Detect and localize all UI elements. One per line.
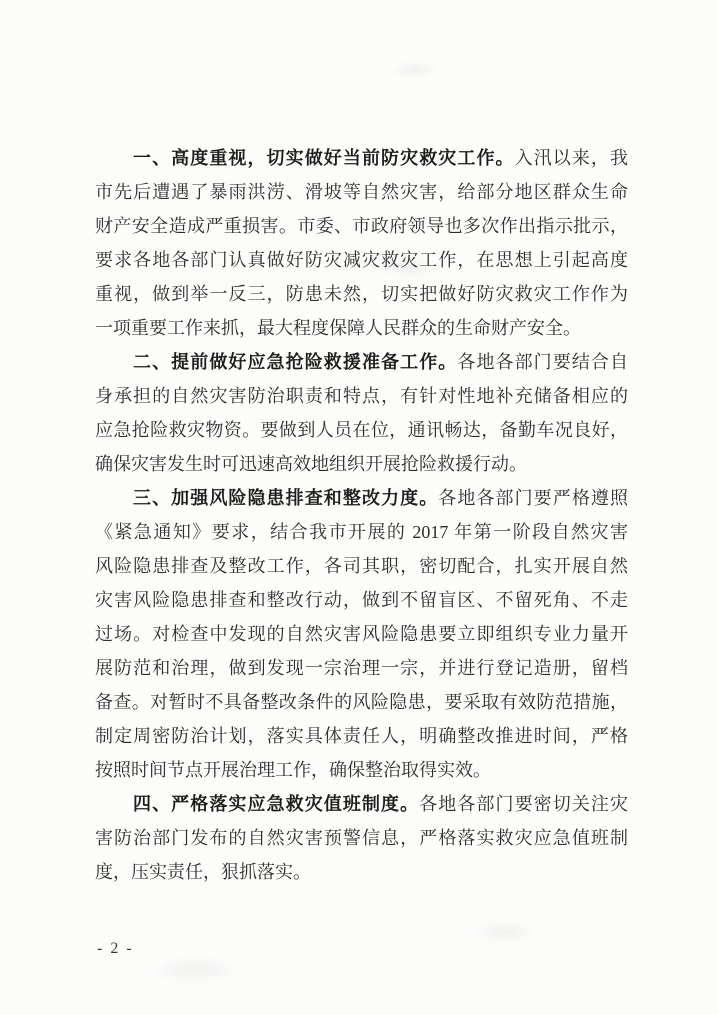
text-line: 财产安全造成严重损害。市委、市政府领导也多次作出指示批示， — [95, 209, 628, 243]
text-line: 备查。对暂时不具备整改条件的风险隐患，要采取有效防范措施， — [95, 685, 628, 719]
paragraph-1-heading: 一、高度重视，切实做好当前防灾救灾工作。 — [133, 148, 515, 168]
text-line: 确保灾害发生时可迅速高效地组织开展抢险救援行动。 — [95, 447, 628, 481]
document-page: 一、高度重视，切实做好当前防灾救灾工作。入汛以来，我 市先后遭遇了暴雨洪涝、滑坡… — [0, 0, 718, 1015]
text-line: 《紧急通知》要求，结合我市开展的 2017 年第一阶段自然灾害 — [95, 515, 628, 549]
paragraph-1: 一、高度重视，切实做好当前防灾救灾工作。入汛以来，我 市先后遭遇了暴雨洪涝、滑坡… — [95, 141, 628, 345]
scan-artifact — [470, 920, 540, 944]
paragraph-2-text: 各地各部门要结合自 — [457, 352, 628, 372]
paragraph-4-text: 各地各部门要密切关注灾 — [419, 794, 628, 814]
scan-artifact — [390, 60, 440, 80]
text-line: 二、提前做好应急抢险救援准备工作。各地各部门要结合自 — [95, 345, 628, 379]
paragraph-1-text: 入汛以来，我 — [515, 148, 628, 168]
paragraph-4: 四、严格落实应急救灾值班制度。各地各部门要密切关注灾 害防治部门发布的自然灾害预… — [95, 787, 628, 889]
paragraph-2-heading: 二、提前做好应急抢险救援准备工作。 — [133, 352, 457, 372]
text-line: 制定周密防治计划，落实具体责任人，明确整改推进时间，严格 — [95, 719, 628, 753]
text-line: 一、高度重视，切实做好当前防灾救灾工作。入汛以来，我 — [95, 141, 628, 175]
scan-artifact — [150, 955, 240, 985]
text-line: 按照时间节点开展治理工作，确保整治取得实效。 — [95, 753, 628, 787]
text-line: 灾害风险隐患排查和整改行动，做到不留盲区、不留死角、不走 — [95, 583, 628, 617]
paragraph-3-text: 各地各部门要严格遵照 — [438, 488, 628, 508]
paragraph-4-heading: 四、严格落实应急救灾值班制度。 — [133, 794, 419, 814]
text-line: 要求各地各部门认真做好防灾减灾救灾工作，在思想上引起高度 — [95, 243, 628, 277]
text-line: 风险隐患排查及整改工作，各司其职，密切配合，扎实开展自然 — [95, 549, 628, 583]
text-line: 重视，做到举一反三，防患未然，切实把做好防灾救灾工作作为 — [95, 277, 628, 311]
paragraph-2: 二、提前做好应急抢险救援准备工作。各地各部门要结合自 身承担的自然灾害防治职责和… — [95, 345, 628, 481]
text-line: 身承担的自然灾害防治职责和特点，有针对性地补充储备相应的 — [95, 379, 628, 413]
page-number: - 2 - — [97, 938, 134, 960]
text-line: 度，压实责任，狠抓落实。 — [95, 855, 628, 889]
text-line: 应急抢险救灾物资。要做到人员在位，通讯畅达，备勤车况良好， — [95, 413, 628, 447]
text-line: 一项重要工作来抓，最大程度保障人民群众的生命财产安全。 — [95, 311, 628, 345]
text-line: 四、严格落实应急救灾值班制度。各地各部门要密切关注灾 — [95, 787, 628, 821]
text-line: 过场。对检查中发现的自然灾害风险隐患要立即组织专业力量开 — [95, 617, 628, 651]
body-text: 一、高度重视，切实做好当前防灾救灾工作。入汛以来，我 市先后遭遇了暴雨洪涝、滑坡… — [95, 141, 628, 889]
paragraph-3: 三、加强风险隐患排查和整改力度。各地各部门要严格遵照 《紧急通知》要求，结合我市… — [95, 481, 628, 787]
text-line: 害防治部门发布的自然灾害预警信息，严格落实救灾应急值班制 — [95, 821, 628, 855]
text-line: 展防范和治理，做到发现一宗治理一宗，并进行登记造册，留档 — [95, 651, 628, 685]
text-line: 市先后遭遇了暴雨洪涝、滑坡等自然灾害，给部分地区群众生命 — [95, 175, 628, 209]
paragraph-3-heading: 三、加强风险隐患排查和整改力度。 — [133, 488, 438, 508]
text-line: 三、加强风险隐患排查和整改力度。各地各部门要严格遵照 — [95, 481, 628, 515]
